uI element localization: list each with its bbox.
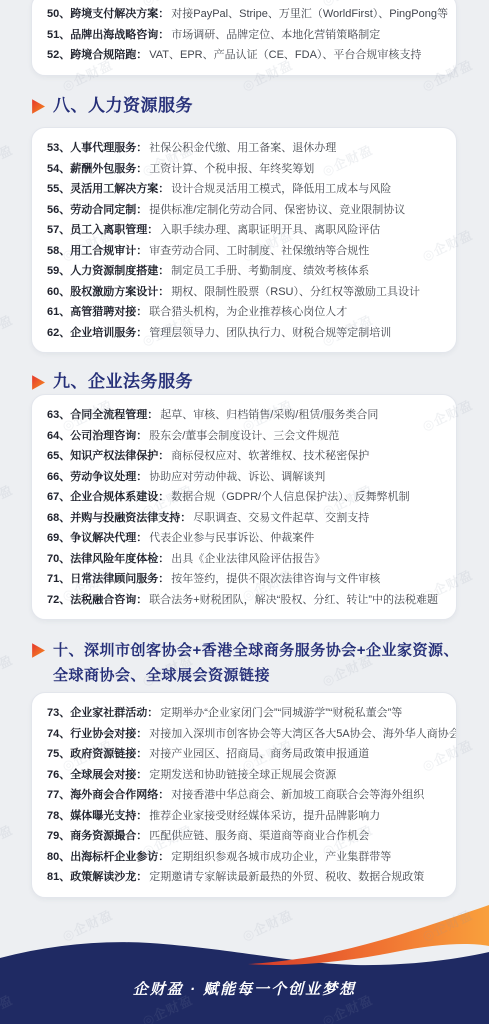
item-desc: 审查劳动合同、工时制度、社保缴纳等合规性 — [149, 245, 369, 257]
item-label: 52、跨境合规陪跑： — [47, 49, 147, 61]
service-item: 73、企业家社群活动：定期举办“企业家闭门会”“同城游学”“财税私董会”等 — [47, 703, 441, 724]
item-label: 75、政府资源链接： — [47, 748, 147, 760]
service-item: 58、用工合规审计：审查劳动合同、工时制度、社保缴纳等合规性 — [47, 241, 441, 262]
section-title-hr: 八、人力资源服务 — [53, 94, 193, 118]
card-cross-border: 50、跨境支付解决方案：对接PayPal、Stripe、万里汇（WorldFir… — [31, 0, 457, 76]
item-desc: 定期发送和协助链接全球正规展会资源 — [149, 769, 336, 781]
footer: 企财盈 · 赋能每一个创业梦想 — [0, 900, 489, 1024]
item-desc: 联合猎头机构，为企业推荐核心岗位人才 — [149, 306, 347, 318]
item-desc: 设计合规灵活用工模式，降低用工成本与风险 — [171, 183, 391, 195]
service-item: 61、高管猎聘对接：联合猎头机构，为企业推荐核心岗位人才 — [47, 302, 441, 323]
item-label: 64、公司治理咨询： — [47, 430, 147, 442]
service-item: 52、跨境合规陪跑：VAT、EPR、产品认证（CE、FDA）、平台合规审核支持 — [47, 45, 441, 66]
item-label: 73、企业家社群活动： — [47, 707, 158, 719]
service-item: 72、法税融合咨询：联合法务+财税团队，解决“股权、分红、转让”中的法税难题 — [47, 590, 441, 611]
service-item: 56、劳动合同定制：提供标准/定制化劳动合同、保密协议、竞业限制协议 — [47, 200, 441, 221]
item-desc: 股东会/董事会制度设计、三会文件规范 — [149, 430, 339, 442]
item-label: 58、用工合规审计： — [47, 245, 147, 257]
item-desc: 数据合规（GDPR/个人信息保护法）、反舞弊机制 — [171, 491, 409, 503]
section-header-resources: 十、深圳市创客协会+香港全球商务服务协会+企业家资源、 全球商协会、全球展会资源… — [31, 638, 463, 688]
item-desc: 联合法务+财税团队，解决“股权、分红、转让”中的法税难题 — [149, 594, 438, 606]
brand-watermark: ◎企财盈 — [0, 649, 16, 689]
service-poster: 50、跨境支付解决方案：对接PayPal、Stripe、万里汇（WorldFir… — [0, 0, 489, 1024]
brand-watermark: ◎企财盈 — [0, 479, 16, 519]
item-label: 76、全球展会对接： — [47, 769, 147, 781]
item-label: 79、商务资源撮合： — [47, 830, 147, 842]
service-item: 78、媒体曝光支持：推荐企业家接受财经媒体采访，提升品牌影响力 — [47, 806, 441, 827]
item-label: 69、争议解决代理： — [47, 532, 147, 544]
item-desc: 匹配供应链、服务商、渠道商等商业合作机会 — [149, 830, 369, 842]
item-desc: 定期邀请专家解读最新最热的外贸、税收、数据合规政策 — [149, 871, 424, 883]
item-desc: 提供标准/定制化劳动合同、保密协议、竞业限制协议 — [149, 204, 405, 216]
item-desc: 按年签约，提供不限次法律咨询与文件审核 — [171, 573, 380, 585]
item-desc: 起草、审核、归档销售/采购/租赁/服务类合同 — [160, 409, 378, 421]
item-label: 70、法律风险年度体检： — [47, 553, 169, 565]
service-item: 50、跨境支付解决方案：对接PayPal、Stripe、万里汇（WorldFir… — [47, 4, 441, 25]
footer-slogan: 企财盈 · 赋能每一个创业梦想 — [0, 978, 489, 999]
section-title-line2: 全球商协会、全球展会资源链接 — [53, 663, 459, 688]
service-item: 54、薪酬外包服务：工资计算、个税申报、年终奖筹划 — [47, 159, 441, 180]
item-label: 71、日常法律顾问服务： — [47, 573, 169, 585]
item-desc: VAT、EPR、产品认证（CE、FDA）、平台合规审核支持 — [149, 49, 421, 61]
service-item: 71、日常法律顾问服务：按年签约，提供不限次法律咨询与文件审核 — [47, 569, 441, 590]
section-header-hr: 八、人力资源服务 — [31, 94, 463, 118]
service-item: 64、公司治理咨询：股东会/董事会制度设计、三会文件规范 — [47, 426, 441, 447]
item-desc: 入职手续办理、离职证明开具、离职风险评估 — [160, 224, 380, 236]
section-title-line1: 十、深圳市创客协会+香港全球商务服务协会+企业家资源、 — [53, 638, 459, 663]
item-desc: 定期举办“企业家闭门会”“同城游学”“财税私董会”等 — [160, 707, 402, 719]
item-desc: 尽职调查、交易文件起草、交割支持 — [193, 512, 369, 524]
service-item: 77、海外商会合作网络：对接香港中华总商会、新加坡工商联合会等海外组织 — [47, 785, 441, 806]
item-label: 56、劳动合同定制： — [47, 204, 147, 216]
service-item: 70、法律风险年度体检：出具《企业法律风险评估报告》 — [47, 549, 441, 570]
service-item: 68、并购与投融资法律支持：尽职调查、交易文件起草、交割支持 — [47, 508, 441, 529]
item-desc: 对接PayPal、Stripe、万里汇（WorldFirst）、PingPong… — [171, 8, 448, 20]
brand-watermark: ◎企财盈 — [0, 139, 16, 179]
service-item: 76、全球展会对接：定期发送和协助链接全球正规展会资源 — [47, 765, 441, 786]
item-label: 59、人力资源制度搭建： — [47, 265, 169, 277]
item-label: 78、媒体曝光支持： — [47, 810, 147, 822]
section-header-legal: 九、企业法务服务 — [31, 370, 463, 394]
item-desc: 推荐企业家接受财经媒体采访，提升品牌影响力 — [149, 810, 380, 822]
item-label: 77、海外商会合作网络： — [47, 789, 169, 801]
item-desc: 社保公积金代缴、用工备案、退休办理 — [149, 142, 336, 154]
item-desc: 制定员工手册、考勤制度、绩效考核体系 — [171, 265, 369, 277]
service-item: 80、出海标杆企业参访：定期组织参观各城市成功企业，产业集群带等 — [47, 847, 441, 868]
item-label: 51、品牌出海战略咨询： — [47, 29, 169, 41]
item-label: 53、人事代理服务： — [47, 142, 147, 154]
item-desc: 管理层领导力、团队执行力、财税合规等定制培训 — [149, 327, 391, 339]
item-desc: 对接香港中华总商会、新加坡工商联合会等海外组织 — [171, 789, 424, 801]
service-list: 73、企业家社群活动：定期举办“企业家闭门会”“同城游学”“财税私董会”等74、… — [47, 703, 441, 888]
service-item: 51、品牌出海战略咨询：市场调研、品牌定位、本地化营销策略制定 — [47, 25, 441, 46]
service-item: 74、行业协会对接：对接加入深圳市创客协会等大湾区各大5A协会、海外华人商协会等 — [47, 724, 441, 745]
service-list: 63、合同全流程管理：起草、审核、归档销售/采购/租赁/服务类合同64、公司治理… — [47, 405, 441, 610]
item-label: 65、知识产权法律保护： — [47, 450, 169, 462]
service-item: 62、企业培训服务：管理层领导力、团队执行力、财税合规等定制培训 — [47, 323, 441, 344]
service-item: 63、合同全流程管理：起草、审核、归档销售/采购/租赁/服务类合同 — [47, 405, 441, 426]
item-label: 50、跨境支付解决方案： — [47, 8, 169, 20]
item-desc: 市场调研、品牌定位、本地化营销策略制定 — [171, 29, 380, 41]
section-title-resources: 十、深圳市创客协会+香港全球商务服务协会+企业家资源、 全球商协会、全球展会资源… — [53, 638, 459, 688]
section-title-legal: 九、企业法务服务 — [53, 370, 193, 394]
service-item: 67、企业合规体系建设：数据合规（GDPR/个人信息保护法）、反舞弊机制 — [47, 487, 441, 508]
service-item: 81、政策解读沙龙：定期邀请专家解读最新最热的外贸、税收、数据合规政策 — [47, 867, 441, 888]
item-label: 60、股权激励方案设计： — [47, 286, 169, 298]
item-desc: 对接加入深圳市创客协会等大湾区各大5A协会、海外华人商协会等 — [149, 728, 457, 740]
service-item: 69、争议解决代理：代表企业参与民事诉讼、仲裁案件 — [47, 528, 441, 549]
item-label: 61、高管猎聘对接： — [47, 306, 147, 318]
service-item: 65、知识产权法律保护：商标侵权应对、软著维权、技术秘密保护 — [47, 446, 441, 467]
item-desc: 工资计算、个税申报、年终奖筹划 — [149, 163, 314, 175]
service-item: 60、股权激励方案设计：期权、限制性股票（RSU）、分红权等激励工具设计 — [47, 282, 441, 303]
service-item: 79、商务资源撮合：匹配供应链、服务商、渠道商等商业合作机会 — [47, 826, 441, 847]
footer-wave — [0, 900, 489, 1024]
item-desc: 对接产业园区、招商局、商务局政策申报通道 — [149, 748, 369, 760]
item-label: 62、企业培训服务： — [47, 327, 147, 339]
item-desc: 协助应对劳动仲裁、诉讼、调解谈判 — [149, 471, 325, 483]
arrow-icon — [31, 99, 45, 114]
item-desc: 代表企业参与民事诉讼、仲裁案件 — [149, 532, 314, 544]
item-label: 67、企业合规体系建设： — [47, 491, 169, 503]
service-list: 50、跨境支付解决方案：对接PayPal、Stripe、万里汇（WorldFir… — [47, 4, 441, 66]
orange-swoosh-shape — [248, 905, 489, 965]
card-legal: 63、合同全流程管理：起草、审核、归档销售/采购/租赁/服务类合同64、公司治理… — [31, 394, 457, 620]
item-label: 66、劳动争议处理： — [47, 471, 147, 483]
brand-watermark: ◎企财盈 — [0, 0, 16, 10]
item-label: 55、灵活用工解决方案： — [47, 183, 169, 195]
item-label: 80、出海标杆企业参访： — [47, 851, 169, 863]
item-desc: 期权、限制性股票（RSU）、分红权等激励工具设计 — [171, 286, 420, 298]
service-item: 53、人事代理服务：社保公积金代缴、用工备案、退休办理 — [47, 138, 441, 159]
item-label: 72、法税融合咨询： — [47, 594, 147, 606]
item-desc: 商标侵权应对、软著维权、技术秘密保护 — [171, 450, 369, 462]
service-item: 75、政府资源链接：对接产业园区、招商局、商务局政策申报通道 — [47, 744, 441, 765]
item-label: 63、合同全流程管理： — [47, 409, 158, 421]
item-label: 68、并购与投融资法律支持： — [47, 512, 191, 524]
item-desc: 定期组织参观各城市成功企业，产业集群带等 — [171, 851, 391, 863]
service-item: 57、员工入离职管理：入职手续办理、离职证明开具、离职风险评估 — [47, 220, 441, 241]
card-resources: 73、企业家社群活动：定期举办“企业家闭门会”“同城游学”“财税私董会”等74、… — [31, 692, 457, 898]
item-label: 57、员工入离职管理： — [47, 224, 158, 236]
card-hr: 53、人事代理服务：社保公积金代缴、用工备案、退休办理54、薪酬外包服务：工资计… — [31, 127, 457, 353]
arrow-icon — [31, 375, 45, 390]
item-label: 81、政策解读沙龙： — [47, 871, 147, 883]
item-label: 54、薪酬外包服务： — [47, 163, 147, 175]
service-item: 66、劳动争议处理：协助应对劳动仲裁、诉讼、调解谈判 — [47, 467, 441, 488]
brand-watermark: ◎企财盈 — [0, 819, 16, 859]
service-item: 59、人力资源制度搭建：制定员工手册、考勤制度、绩效考核体系 — [47, 261, 441, 282]
service-item: 55、灵活用工解决方案：设计合规灵活用工模式，降低用工成本与风险 — [47, 179, 441, 200]
item-desc: 出具《企业法律风险评估报告》 — [171, 553, 325, 565]
item-label: 74、行业协会对接： — [47, 728, 147, 740]
arrow-icon — [31, 643, 45, 658]
brand-watermark: ◎企财盈 — [0, 309, 16, 349]
service-list: 53、人事代理服务：社保公积金代缴、用工备案、退休办理54、薪酬外包服务：工资计… — [47, 138, 441, 343]
